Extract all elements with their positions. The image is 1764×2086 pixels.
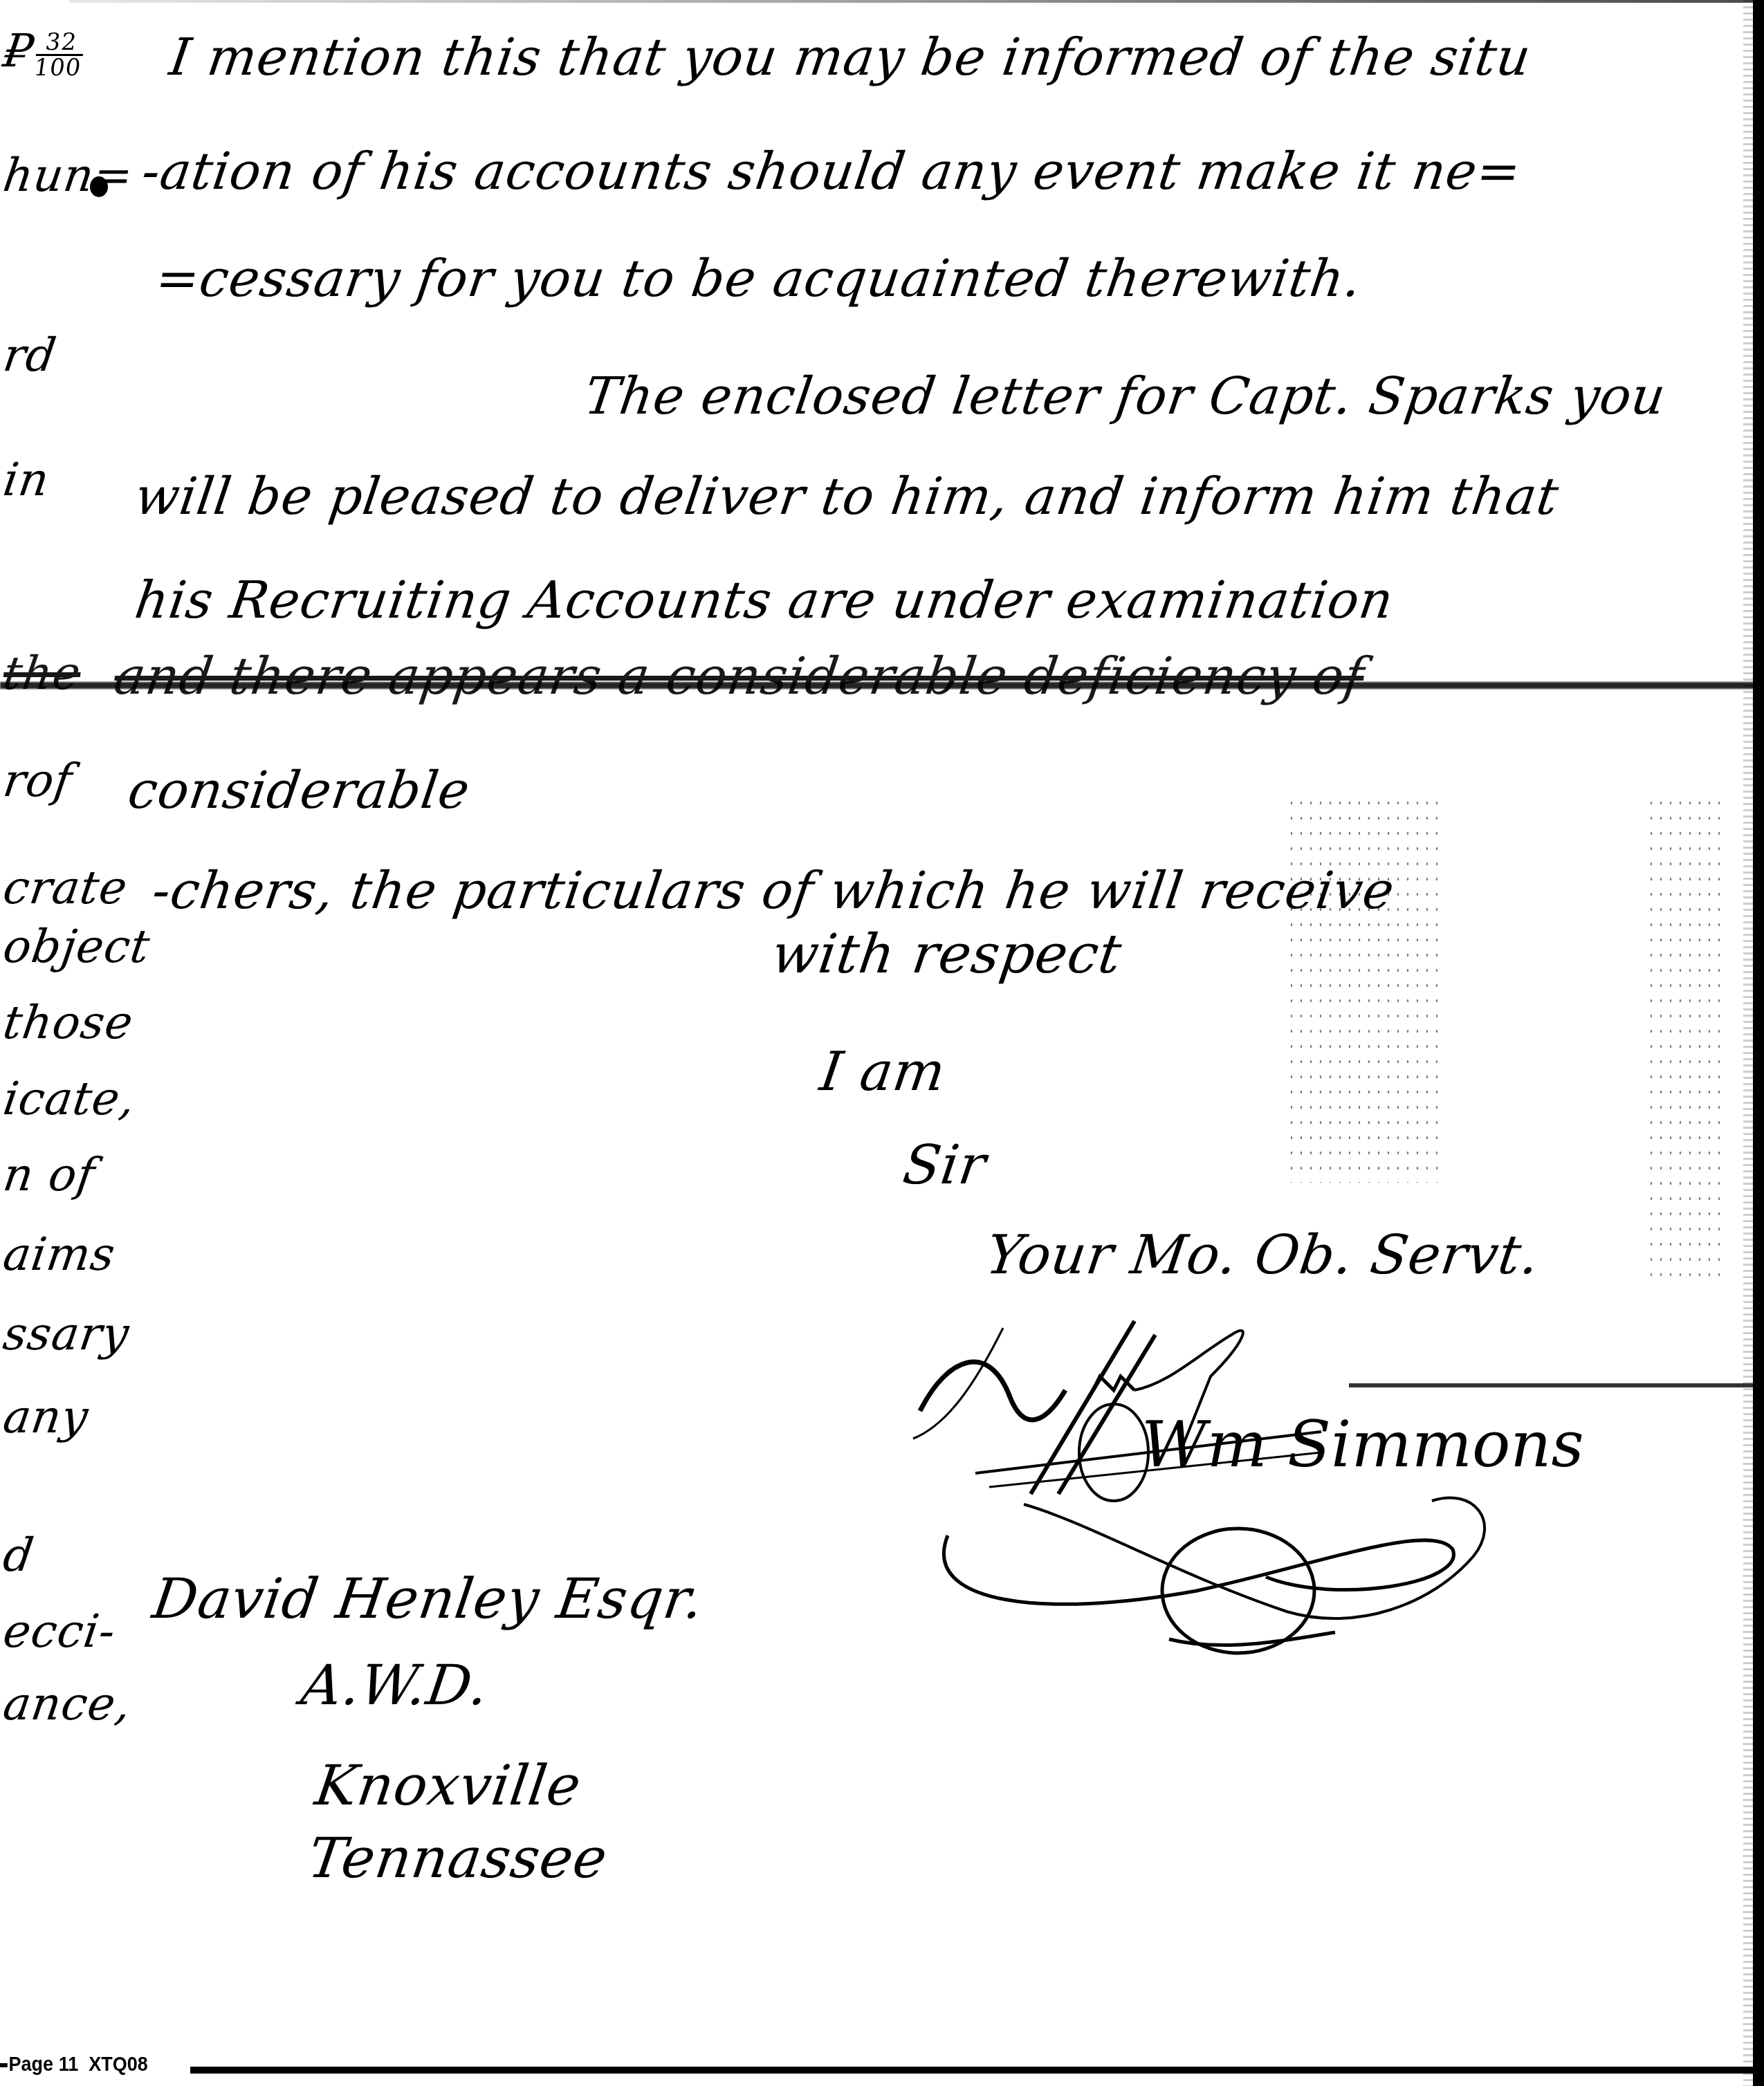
address-name: David Henley Esqr. [149,1567,708,1631]
body-line-3: =cessary for you to be acquainted therew… [152,249,1366,308]
top-scan-edge [69,0,1757,3]
margin-fragment: ecci- [0,1605,119,1658]
closing-servant: Your Mo. Ob. Servt. [982,1224,1543,1286]
address-title: A.W.D. [297,1653,493,1717]
margin-fragment: icate, [0,1072,139,1125]
right-edge-noise [1743,0,1753,2086]
closing-sir: Sir [899,1134,990,1197]
page-footer: Page 11 XTQ08 [0,2053,148,2076]
body-line-4: The enclosed letter for Capt. Sparks you [581,367,1669,426]
signature: Wm Simmons [906,1314,1681,1674]
address-city: Knoxville [311,1753,585,1818]
body-line-9: -chers, the particulars of which he will… [149,861,1398,921]
body-line-1: I mention this that you may be informed … [166,28,1534,87]
svg-text:Wm Simmons: Wm Simmons [1141,1407,1584,1482]
scan-speckle [1646,795,1722,1280]
margin-fragment: those [0,996,137,1049]
margin-fragment: n of [0,1148,98,1201]
fraction: 32100 [33,30,86,80]
margin-fragment: crate [0,861,131,914]
body-line-7-struck: and there appears a considerable deficie… [111,647,1368,706]
scan-speckle [1287,795,1439,1183]
margin-fragment: rd [0,329,60,382]
margin-fragment: object [0,920,154,973]
margin-fragment: ance, [0,1677,135,1730]
margin-fragment: ssary [0,1307,133,1360]
document-code: XTQ08 [89,2053,148,2076]
body-line-6: his Recruiting Accounts are under examin… [131,571,1397,630]
margin-fragment: the [0,647,84,700]
margin-fragment: aims [0,1228,119,1281]
valediction: with respect [768,923,1126,986]
page-label: Page 11 [9,2053,79,2076]
body-line-5: will be pleased to deliver to him, and i… [131,467,1563,526]
signature-flourish-icon: Wm Simmons [906,1314,1681,1674]
letter-page: ₽32100 hun= rd in the rof crate object t… [0,0,1764,2086]
ink-blot [90,176,108,197]
margin-fragment: rof [0,754,76,807]
address-state: Tennassee [304,1826,612,1890]
margin-fragment: any [0,1390,92,1443]
margin-fragment: in [0,453,53,506]
footer-dash [0,2063,8,2067]
bottom-page-rule [190,2067,1754,2074]
margin-fragment: hun= [0,149,137,202]
margin-fragment-currency: ₽32100 [0,24,87,80]
body-line-8: considerable [125,761,474,820]
closing-i-am: I am [816,1041,950,1103]
margin-fragment: d [0,1529,37,1582]
right-page-edge [1753,0,1764,2086]
body-line-2: -ation of his accounts should any event … [138,142,1525,201]
